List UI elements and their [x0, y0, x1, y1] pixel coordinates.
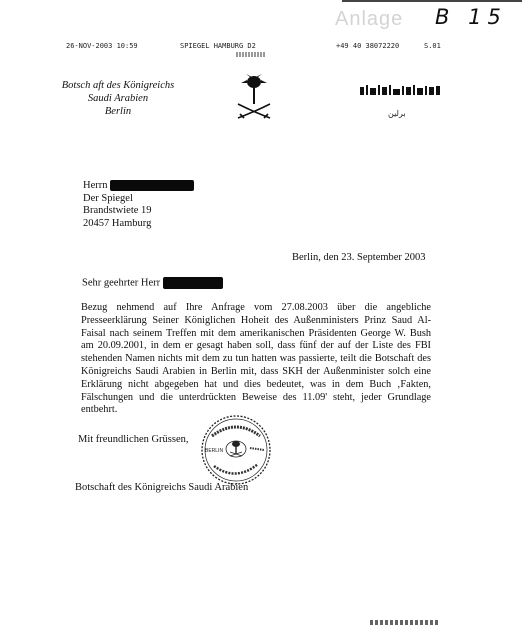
- letter-date: Berlin, den 23. September 2003: [292, 252, 426, 263]
- fax-phone: +49 40 38072220: [336, 42, 399, 50]
- embassy-seal-icon: BERLIN: [200, 414, 272, 486]
- letterhead-german: Botsch aft des Königreichs Saudi Arabien…: [50, 79, 186, 118]
- fax-sender: SPIEGEL HAMBURG D2: [180, 42, 256, 50]
- closing: Mit freundlichen Grüssen,: [78, 434, 189, 445]
- letterhead-line1: Botsch aft des Königreichs: [50, 79, 186, 92]
- svg-text:BERLIN: BERLIN: [205, 448, 223, 454]
- letterhead-line3: Berlin: [50, 105, 186, 118]
- letter-body: Bezug nehmend auf Ihre Anfrage vom 27.08…: [81, 302, 431, 417]
- saudi-emblem-palm-swords-icon: [236, 74, 272, 120]
- handwritten-reference: B 15: [435, 5, 507, 29]
- greeting-text: Sehr geehrter Herr: [82, 277, 160, 288]
- redacted-name: [110, 180, 194, 191]
- recipient-address: Herrn Der Spiegel Brandstwiete 19 20457 …: [83, 180, 194, 230]
- arabic-calligraphy-header: [358, 84, 442, 97]
- ghost-stamp: Anlage: [335, 8, 403, 31]
- arabic-city: برلين: [388, 109, 406, 118]
- recipient-city: 20457 Hamburg: [83, 218, 194, 231]
- greeting: Sehr geehrter Herr: [82, 277, 223, 289]
- fax-page: S.01: [424, 42, 441, 50]
- recipient-title: Herrn: [83, 180, 108, 191]
- recipient-street: Brandstwiete 19: [83, 205, 194, 218]
- letterhead-line2: Saudi Arabien: [50, 92, 186, 105]
- signature-block: Botschaft des Königreichs Saudi Arabien: [75, 482, 248, 493]
- scan-footer-mark: [370, 620, 440, 625]
- recipient-org: Der Spiegel: [83, 193, 194, 206]
- redacted-name: [163, 277, 223, 289]
- fax-arabic-scribble: [236, 52, 266, 57]
- fax-datetime: 26-NOV-2003 10:59: [66, 42, 138, 50]
- scan-edge-line: [342, 0, 522, 2]
